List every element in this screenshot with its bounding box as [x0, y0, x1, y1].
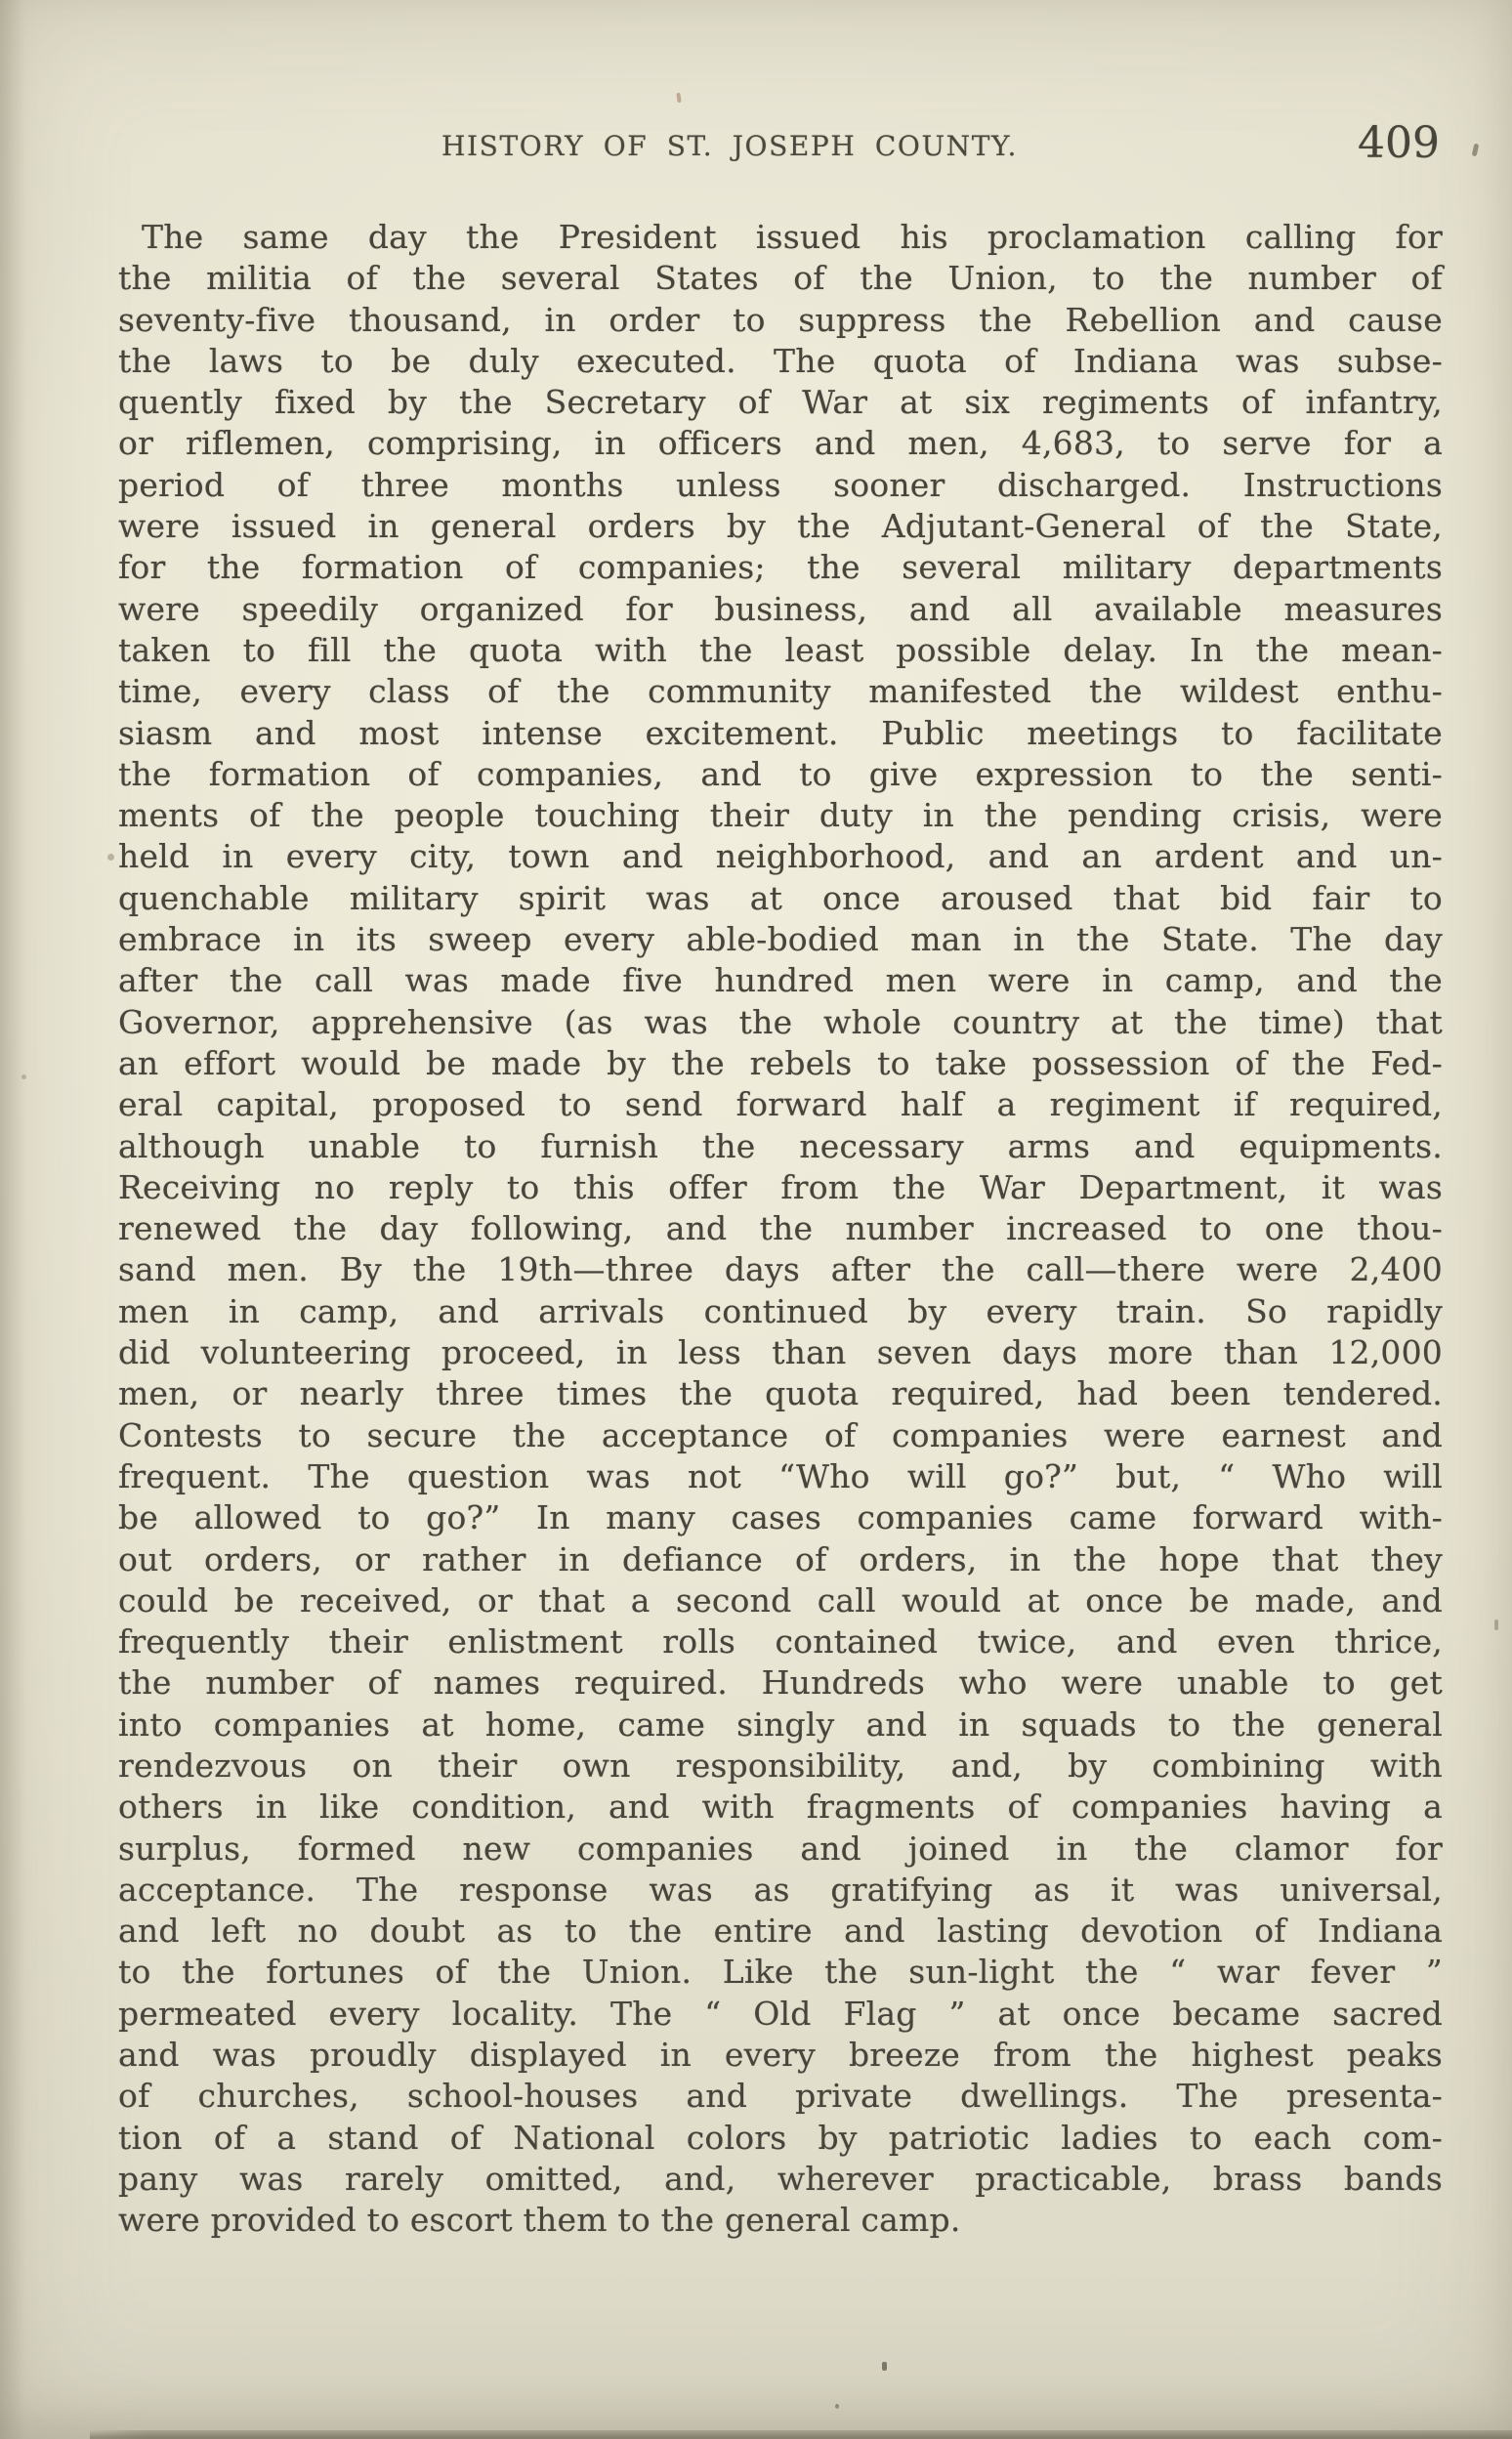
page-gutter-shadow	[0, 0, 25, 2439]
paper-speck	[1494, 1619, 1498, 1630]
text-line: The same day the President issued his pr…	[118, 217, 1443, 258]
text-line: acceptance. The response was as gratifyi…	[118, 1870, 1443, 1911]
text-line: taken to fill the quota with the least p…	[118, 630, 1443, 671]
text-line: surplus, formed new companies and joined…	[118, 1829, 1443, 1870]
text-line: be allowed to go?” In many cases compani…	[118, 1497, 1443, 1538]
paper-speck	[676, 93, 681, 103]
text-line: to the fortunes of the Union. Like the s…	[118, 1952, 1443, 1993]
paper-speck	[21, 1074, 26, 1079]
page-number: 409	[1358, 118, 1440, 168]
text-line: and left no doubt as to the entire and l…	[118, 1911, 1443, 1952]
text-line: time, every class of the community manif…	[118, 671, 1443, 712]
text-line: out orders, or rather in defiance of ord…	[118, 1539, 1443, 1580]
text-line: frequently their enlistment rolls contai…	[118, 1621, 1443, 1662]
text-line: renewed the day following, and the numbe…	[118, 1208, 1443, 1249]
text-line: the number of names required. Hundreds w…	[118, 1662, 1443, 1703]
text-line: were provided to escort them to the gene…	[118, 2200, 1443, 2241]
text-line: Contests to secure the acceptance of com…	[118, 1415, 1443, 1456]
paper-speck	[882, 2362, 887, 2371]
text-line: sand men. By the 19th—three days after t…	[118, 1249, 1443, 1290]
text-line: siasm and most intense excitement. Publi…	[118, 713, 1443, 754]
paper-speck	[835, 2404, 839, 2409]
text-line: after the call was made five hundred men…	[118, 960, 1443, 1001]
text-line: permeated every locality. The “ Old Flag…	[118, 1994, 1443, 2035]
text-line: did volunteering proceed, in less than s…	[118, 1332, 1443, 1373]
text-line: seventy-five thousand, in order to suppr…	[118, 300, 1443, 341]
text-line: held in every city, town and neighborhoo…	[118, 836, 1443, 877]
text-line: others in like condition, and with fragm…	[118, 1787, 1443, 1828]
text-line: the militia of the several States of the…	[118, 258, 1443, 299]
text-line: although unable to furnish the necessary…	[118, 1126, 1443, 1167]
text-line: and was proudly displayed in every breez…	[118, 2035, 1443, 2076]
text-line: ments of the people touching their duty …	[118, 795, 1443, 836]
text-line: period of three months unless sooner dis…	[118, 465, 1443, 506]
scan-bottom-edge	[90, 2430, 1512, 2439]
text-line: the formation of companies, and to give …	[118, 754, 1443, 795]
text-line: into companies at home, came singly and …	[118, 1704, 1443, 1745]
paper-speck	[1472, 144, 1480, 157]
text-line: quently fixed by the Secretary of War at…	[118, 382, 1443, 423]
text-line: men in camp, and arrivals continued by e…	[118, 1291, 1443, 1332]
text-line: an effort would be made by the rebels to…	[118, 1043, 1443, 1084]
text-line: eral capital, proposed to send forward h…	[118, 1084, 1443, 1125]
body-text: The same day the President issued his pr…	[118, 217, 1443, 2242]
text-line: Receiving no reply to this offer from th…	[118, 1167, 1443, 1208]
text-line: the laws to be duly executed. The quota …	[118, 341, 1443, 382]
text-line: embrace in its sweep every able-bodied m…	[118, 919, 1443, 960]
text-line: of churches, school-houses and private d…	[118, 2076, 1443, 2117]
text-line: were issued in general orders by the Adj…	[118, 506, 1443, 547]
text-line: or riflemen, comprising, in officers and…	[118, 423, 1443, 464]
text-line: frequent. The question was not “Who will…	[118, 1456, 1443, 1497]
text-line: men, or nearly three times the quota req…	[118, 1373, 1443, 1414]
text-line: rendezvous on their own responsibility, …	[118, 1745, 1443, 1787]
text-line: could be received, or that a second call…	[118, 1580, 1443, 1621]
text-line: Governor, apprehensive (as was the whole…	[118, 1002, 1443, 1043]
text-line: for the formation of companies; the seve…	[118, 547, 1443, 588]
text-line: pany was rarely omitted, and, wherever p…	[118, 2159, 1443, 2200]
text-line: were speedily organized for business, an…	[118, 589, 1443, 630]
paper-speck	[107, 854, 114, 861]
book-page: HISTORY OF ST. JOSEPH COUNTY. 409 The sa…	[0, 0, 1512, 2439]
text-line: tion of a stand of National colors by pa…	[118, 2118, 1443, 2159]
running-header-title: HISTORY OF ST. JOSEPH COUNTY.	[441, 130, 1018, 162]
text-line: quenchable military spirit was at once a…	[118, 878, 1443, 919]
